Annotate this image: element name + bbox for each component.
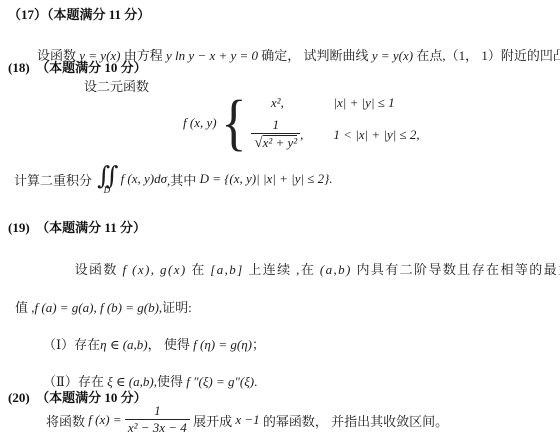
text-run: 计算二重积分 xyxy=(14,170,95,189)
math-run: f ″(ξ) = g″(ξ) xyxy=(186,374,254,389)
integral-domain-label: D xyxy=(104,185,111,195)
problem-19-heading: (19) （本题满分 11 分） xyxy=(8,217,146,236)
text-run: 展开成 xyxy=(190,411,236,430)
exam-page: （17）（本题满分 11 分） 设函数 y = y(x) 由方程 y ln y … xyxy=(0,0,560,441)
case2-value: 1 √x² + y² , xyxy=(251,118,303,151)
fraction: 1 √x² + y² xyxy=(251,118,300,151)
math-run: f (a) = g(a), f (b) = g(b) xyxy=(35,300,159,315)
math-run: y ln y − x + y = 0 xyxy=(166,48,258,63)
fraction-numerator: 1 xyxy=(271,118,282,133)
case2-condition: 1 < |x| + |y| ≤ 2, xyxy=(333,127,419,143)
text-run: 的幂函数， 并指出其收敛区间。 xyxy=(260,411,449,430)
fraction-numerator: 1 xyxy=(152,404,163,419)
fraction: 1 x² − 3x − 4 xyxy=(125,404,190,436)
math-run: (a,b) xyxy=(320,262,352,277)
problem-20-statement: 将函数 f (x) = 1 x² − 3x − 4 展开成 x −1 的幂函数，… xyxy=(46,402,448,438)
problem-18-heading: (18) （本题满分 10 分） xyxy=(8,57,147,76)
problem-17-heading: （17）（本题满分 11 分） xyxy=(8,4,150,23)
text-run: 在点,（1， 1）附近的凹凸性。 xyxy=(413,48,560,63)
case1-condition: |x| + |y| ≤ 1 xyxy=(333,95,419,111)
math-run: f (η) = g(η) xyxy=(193,337,252,352)
function-lhs: f (x, y) xyxy=(183,115,217,131)
math-run: f (x, y)dσ xyxy=(121,171,167,187)
text-run: 设函数 xyxy=(75,262,123,277)
double-integral-symbol: ∬ D xyxy=(97,164,118,195)
text-run: 在 xyxy=(187,262,211,277)
math-run: y = y(x) xyxy=(372,48,413,63)
math-run: f (x), g(x) xyxy=(122,262,186,277)
math-run: D = {(x, y)| |x| + |y| ≤ 2}. xyxy=(200,171,333,187)
piecewise-cases: x², |x| + |y| ≤ 1 1 √x² + y² , 1 < |x| +… xyxy=(251,95,419,151)
text-run: 确定， 试判断曲线 xyxy=(258,48,372,63)
math-run: x −1 xyxy=(235,412,259,428)
text-run: 将函数 xyxy=(46,411,88,430)
text-run: ,其中 xyxy=(167,170,200,189)
fraction-denominator: √x² + y² xyxy=(251,133,300,151)
math-run: f (x) = xyxy=(88,412,125,428)
radical-sign: √ xyxy=(254,136,262,151)
text-run: ， 使得 xyxy=(148,337,194,352)
text-run: . xyxy=(254,374,257,389)
radicand: x² + y² xyxy=(263,135,298,151)
text-run: （Ⅰ）存在 xyxy=(43,337,100,352)
problem-18-integral-line: 计算二重积分 ∬ D f (x, y)dσ ,其中 D = {(x, y)| |… xyxy=(14,162,333,196)
text-run: ； xyxy=(252,337,265,352)
math-run: , xyxy=(300,127,303,143)
text-run: 上连续 ,在 xyxy=(244,262,320,277)
text-run: 值 , xyxy=(15,300,35,315)
text-run: ,证明: xyxy=(159,300,192,315)
fraction-denominator: x² − 3x − 4 xyxy=(125,419,190,436)
math-run: 1 < |x| + |y| ≤ 2, xyxy=(333,127,419,143)
case1-value: x², xyxy=(271,95,284,111)
math-run: |x| + |y| ≤ 1 xyxy=(333,95,394,111)
math-run: [a,b] xyxy=(210,262,243,277)
text-run: 内具有二阶导数且存在相等的最大 xyxy=(352,262,560,277)
text-run: ,使得 xyxy=(154,374,187,389)
problem-18-intro: 设二元函数 xyxy=(84,76,149,95)
math-run: η ∈ (a,b) xyxy=(100,337,147,352)
problem-18-piecewise-formula: f (x, y) { x², |x| + |y| ≤ 1 1 √x² + y² … xyxy=(183,92,420,154)
left-brace: { xyxy=(221,92,246,154)
math-run: x², xyxy=(271,95,284,111)
